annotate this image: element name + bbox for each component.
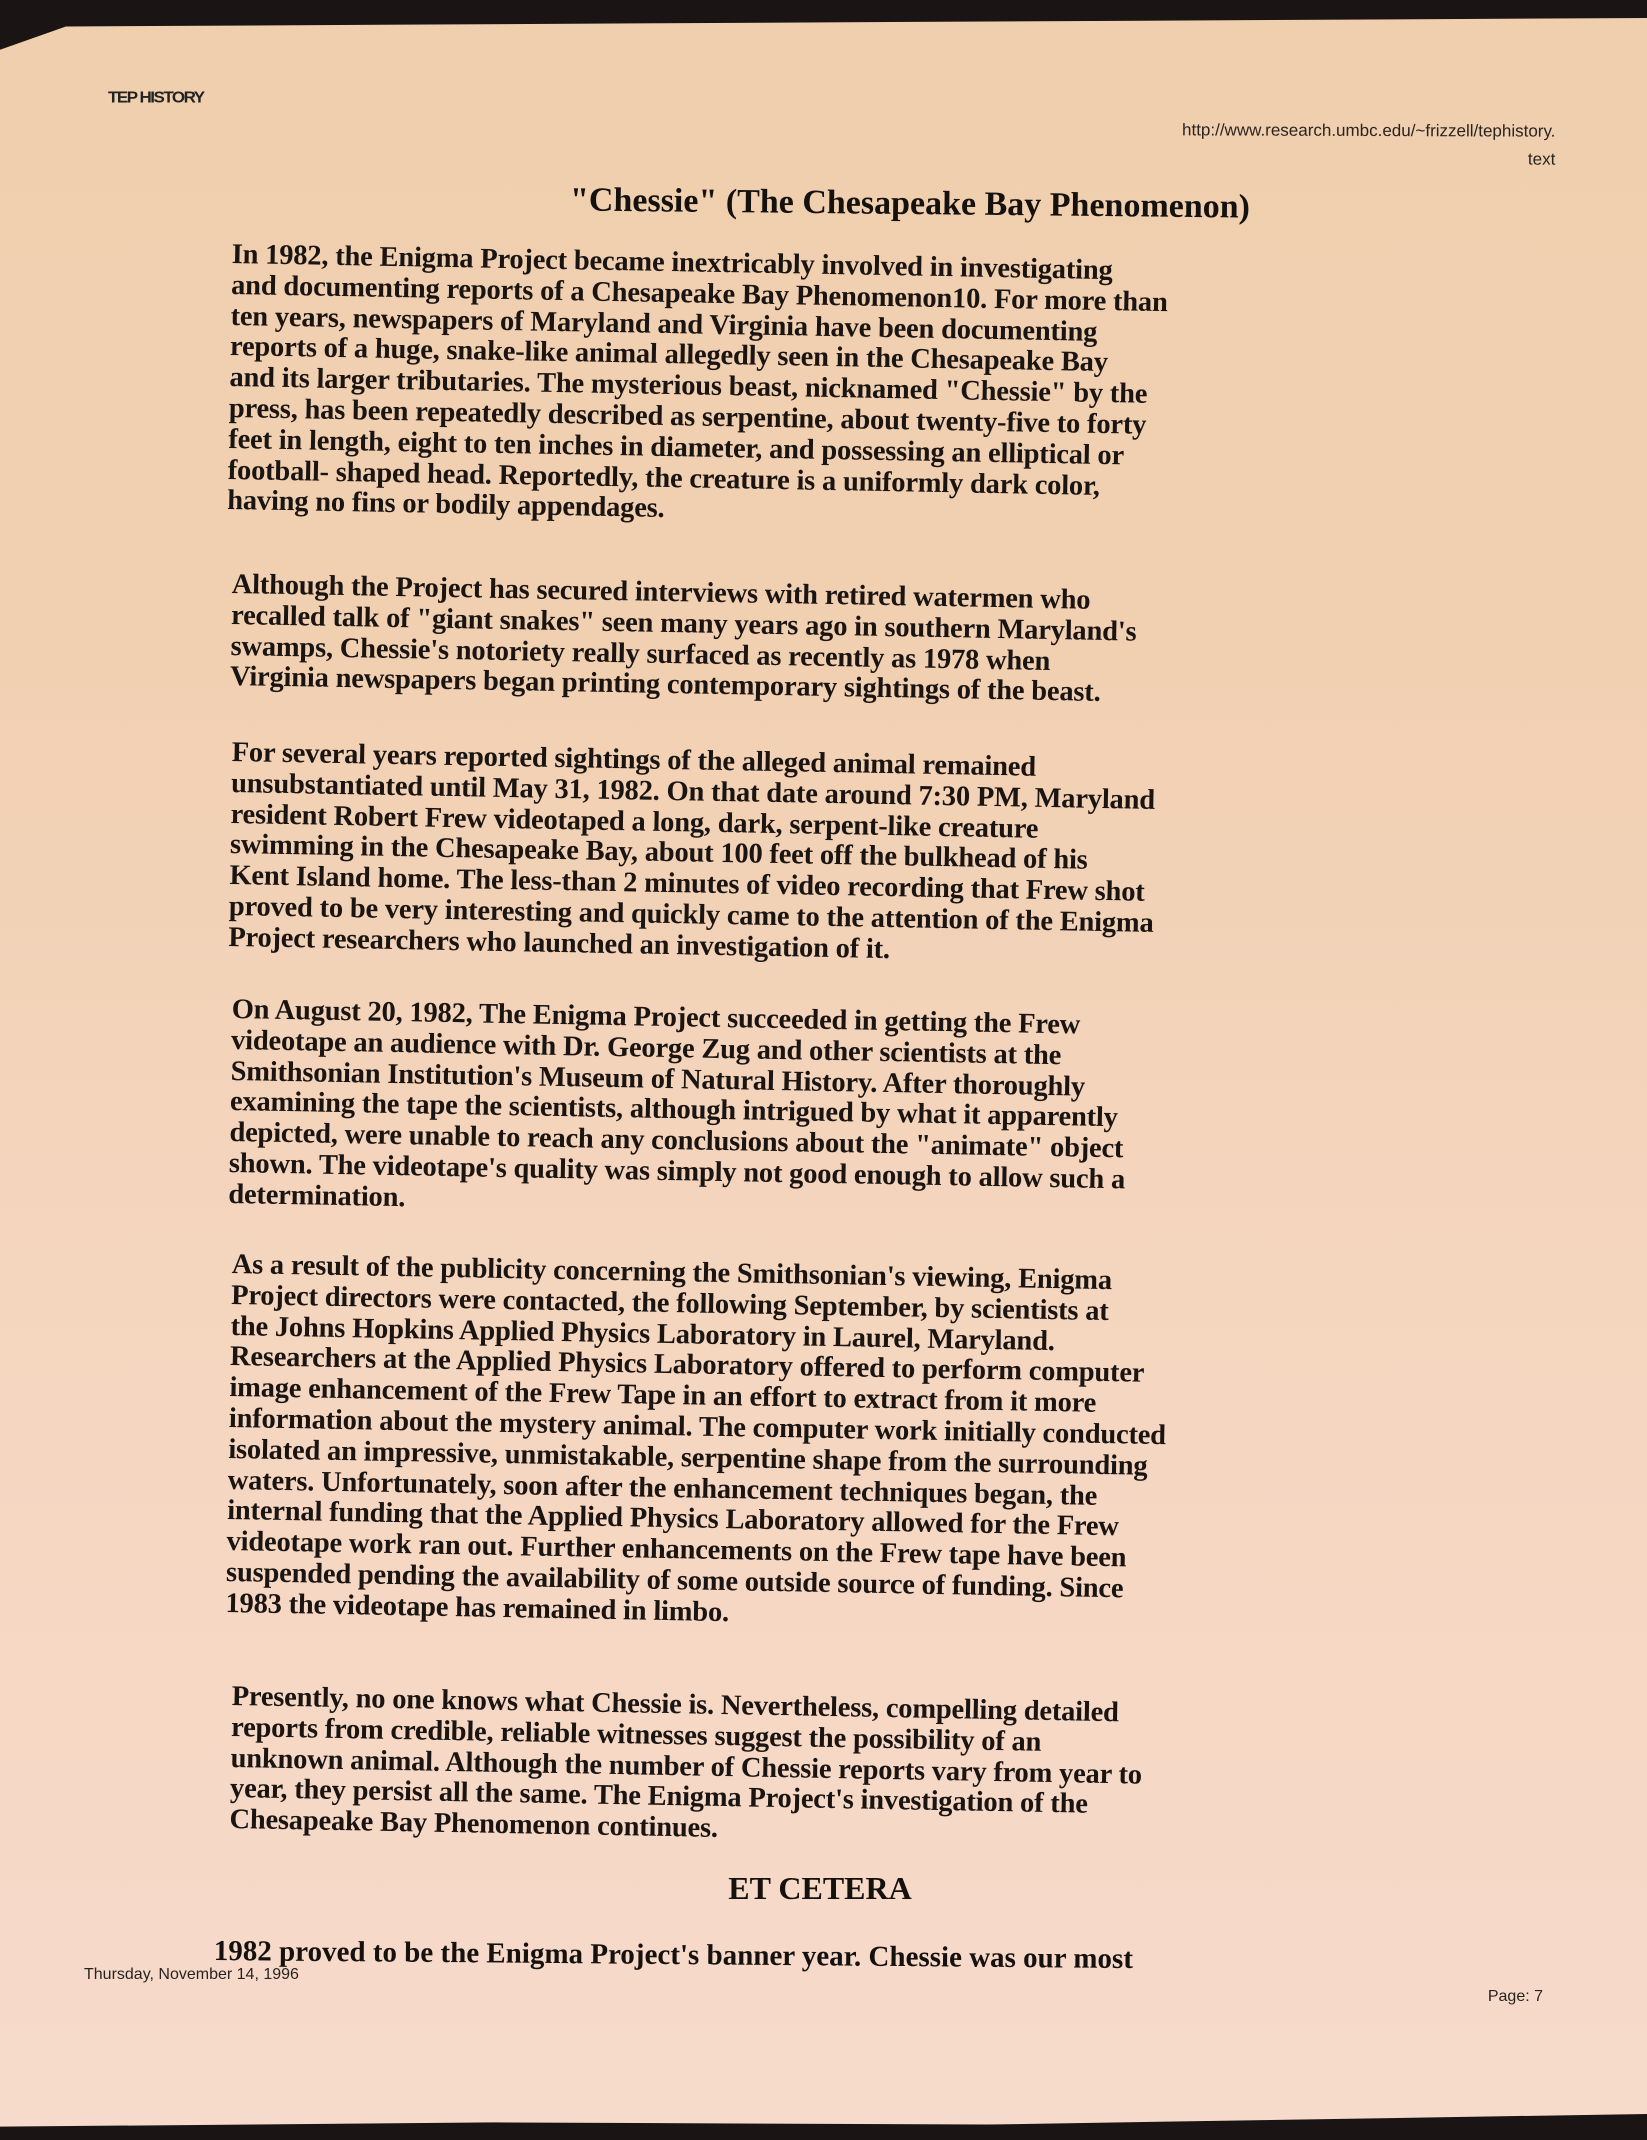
paragraph-text: Although the Project has secured intervi… <box>230 570 1432 715</box>
paragraph-2: Although the Project has secured intervi… <box>229 570 1432 764</box>
footer-page-number: Page: 7 <box>1488 1988 1543 2006</box>
header-url-line2: text <box>1182 144 1555 173</box>
header-url: http://www.research.umbc.edu/~frizzell/t… <box>1182 116 1556 173</box>
paragraph-text: In 1982, the Enigma Project became inext… <box>227 240 1432 539</box>
paragraph-5: As a result of the publicity concerning … <box>224 1250 1431 1690</box>
header-url-line1: http://www.research.umbc.edu/~frizzell/t… <box>1182 116 1555 145</box>
footer-date: Thursday, November 14, 1996 <box>84 1966 299 1984</box>
paragraph-text: For several years reported sightings of … <box>228 738 1432 976</box>
paragraph-text: On August 20, 1982, The Enigma Project s… <box>228 995 1432 1233</box>
section-heading: ET CETERA <box>0 1870 1640 1907</box>
paragraph-text: As a result of the publicity concerning … <box>225 1250 1432 1641</box>
paragraph-3: For several years reported sightings of … <box>227 738 1432 1025</box>
paragraph-1: In 1982, the Enigma Project became inext… <box>226 240 1432 588</box>
header-label: TEP HISTORY <box>108 89 204 107</box>
paragraph-text: Presently, no one knows what Chessie is.… <box>229 1682 1432 1858</box>
paragraph-4: On August 20, 1982, The Enigma Project s… <box>227 995 1432 1282</box>
